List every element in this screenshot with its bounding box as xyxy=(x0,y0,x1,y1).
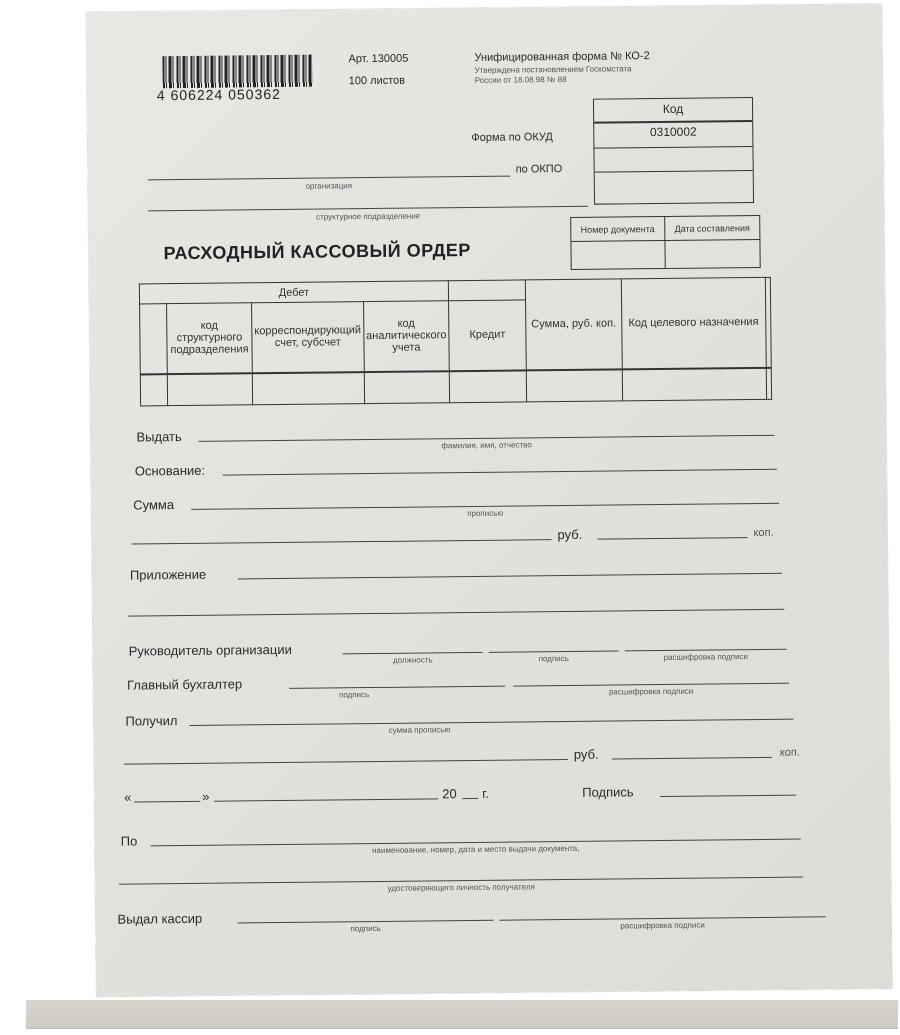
doc-date-label: Дата составления xyxy=(664,215,759,240)
year-prefix: 20 xyxy=(442,786,457,801)
cell[interactable] xyxy=(766,367,772,399)
date-month-field[interactable] xyxy=(214,798,438,801)
okpo-label: по ОКПО xyxy=(516,163,563,175)
col-dept-code: код структурного подразделения xyxy=(167,303,253,374)
accounting-table: Дебет Сумма, руб. коп. Код целевого назн… xyxy=(139,277,772,407)
decoding-caption: расшифровка подписи xyxy=(513,686,789,698)
page-title: РАСХОДНЫЙ КАССОВЫЙ ОРДЕР xyxy=(163,240,471,264)
rub-label: руб. xyxy=(574,747,599,762)
attachment-field[interactable] xyxy=(238,573,782,580)
cell[interactable] xyxy=(449,370,526,403)
by-document-label: По xyxy=(121,834,138,849)
col-sum: Сумма, руб. коп. xyxy=(525,279,622,370)
kop-label: коп. xyxy=(753,527,773,539)
cash-order-sheet: 4 606224 050362 Арт. 130005 100 листов У… xyxy=(86,4,892,997)
okud-value[interactable]: 0310002 xyxy=(594,124,752,140)
date-close-quote: » xyxy=(202,789,209,804)
okud-label: Форма по ОКУД xyxy=(471,131,553,144)
kop-field[interactable] xyxy=(598,537,748,540)
received-sum-field-2[interactable] xyxy=(124,759,568,765)
cell[interactable] xyxy=(167,373,252,406)
code-box: Код 0310002 xyxy=(593,97,754,205)
received-kop-field[interactable] xyxy=(612,757,772,760)
decoding-caption: расшифровка подписи xyxy=(500,919,826,931)
sum-words-field-2[interactable] xyxy=(132,539,552,544)
date-year-field[interactable] xyxy=(462,798,478,799)
received-label: Получил xyxy=(125,713,177,729)
form-title: Унифицированная форма № КО-2 xyxy=(474,50,649,64)
cashier-label: Выдал кассир xyxy=(117,911,202,927)
cell[interactable] xyxy=(364,371,450,404)
signature-caption: подпись xyxy=(238,923,494,935)
date-day-field[interactable] xyxy=(134,801,200,803)
receiver-signature-field[interactable] xyxy=(660,795,796,797)
attachment-field-2[interactable] xyxy=(128,609,784,617)
barcode xyxy=(162,55,312,89)
sum-label: Сумма xyxy=(133,497,174,512)
position-caption: должность xyxy=(343,655,483,665)
approved-line-2: России от 18.08.98 № 88 xyxy=(475,75,567,85)
col-empty-left xyxy=(140,304,168,374)
cell[interactable] xyxy=(622,367,766,401)
signature-caption: подпись xyxy=(489,653,619,663)
col-credit: Кредит xyxy=(449,300,527,371)
pad-edge xyxy=(26,1000,899,1029)
col-empty-right xyxy=(765,277,771,367)
organization-caption: организация xyxy=(148,180,510,193)
kop-label: коп. xyxy=(780,747,800,759)
col-analytics-code: код аналитического учета xyxy=(363,301,449,372)
barcode-digits: 4 606224 050362 xyxy=(157,86,281,103)
basis-label: Основание: xyxy=(135,463,205,479)
doc-number-label: Номер документа xyxy=(571,216,665,241)
doc-number-field[interactable] xyxy=(571,240,665,269)
rub-label: руб. xyxy=(557,527,582,542)
article-number: Арт. 130005 xyxy=(348,53,408,66)
attachment-label: Приложение xyxy=(130,567,206,583)
head-signature-field[interactable] xyxy=(489,650,619,652)
basis-field[interactable] xyxy=(223,469,777,476)
date-open-quote: « xyxy=(124,790,131,805)
head-position-field[interactable] xyxy=(343,652,483,654)
cell[interactable] xyxy=(526,369,622,402)
code-header: Код xyxy=(594,101,752,117)
year-suffix: г. xyxy=(482,786,489,801)
doc-info-table: Номер документа Дата составления xyxy=(570,215,761,270)
head-label: Руководитель организации xyxy=(129,642,292,659)
chief-accountant-label: Главный бухгалтер xyxy=(127,676,242,692)
cell[interactable] xyxy=(252,372,364,405)
cell[interactable] xyxy=(140,374,167,406)
okpo-value[interactable] xyxy=(594,148,752,172)
decoding-caption: расшифровка подписи xyxy=(625,652,787,663)
doc-date-field[interactable] xyxy=(665,239,760,268)
sheet-count: 100 листов xyxy=(349,75,405,88)
department-caption: структурное подразделение xyxy=(148,210,588,224)
signature-label: Подпись xyxy=(582,784,634,800)
col-purpose-code: Код целевого назначения xyxy=(621,277,766,369)
approved-line-1: Утверждена постановлением Госкомстата xyxy=(475,64,632,75)
col-corr-account: корреспондирующий счет, субсчет xyxy=(252,302,364,373)
chief-signature-field[interactable] xyxy=(289,686,505,689)
issue-label: Выдать xyxy=(136,429,181,444)
signature-caption: подпись xyxy=(289,690,419,700)
